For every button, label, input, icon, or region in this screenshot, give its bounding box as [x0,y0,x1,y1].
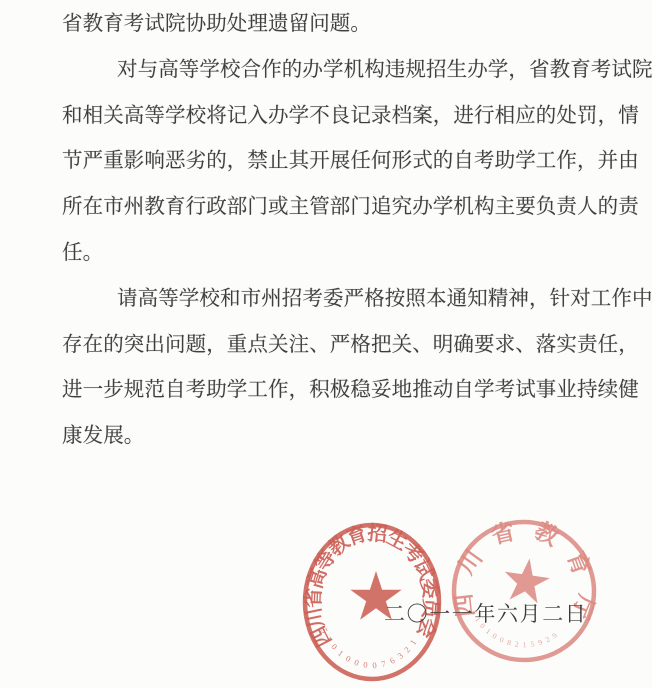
body-line: 所在市州教育行政部门或主管部门追究办学机构主要负责人的责 [62,185,642,231]
body-line: 任。 [62,231,642,277]
body-line: 康发展。 [62,414,642,460]
body-line: 对与高等学校合作的办学机构违规招生办学，省教育考试院 [62,48,642,94]
document-date: 二〇一一年六月二日 [384,598,587,628]
page: 省教育考试院协助处理遗留问题。 对与高等学校合作的办学机构违规招生办学，省教育考… [0,0,652,688]
body-line: 请高等学校和市州招考委严格按照本通知精神，针对工作中 [62,277,642,323]
body-line: 存在的突出问题，重点关注、严格把关、明确要求、落实责任， [62,323,642,369]
body-line: 节严重影响恶劣的，禁止其开展任何形式的自考助学工作，并由 [62,139,642,185]
body-line: 和相关高等学校将记入办学不良记录档案，进行相应的处罚，情 [62,94,642,140]
body-line: 省教育考试院协助处理遗留问题。 [62,2,642,48]
scanned-document-page: { "body_text": { "lines": [ { "text": "省… [0,0,652,688]
body-line: 进一步规范自考助学工作，积极稳妥地推动自学考试事业持续健 [62,368,642,414]
education-dept-seal: 四川省教育厅 5101008215929 [449,517,599,665]
body-text-block: 省教育考试院协助处理遗留问题。 对与高等学校合作的办学机构违规招生办学，省教育考… [62,2,642,460]
